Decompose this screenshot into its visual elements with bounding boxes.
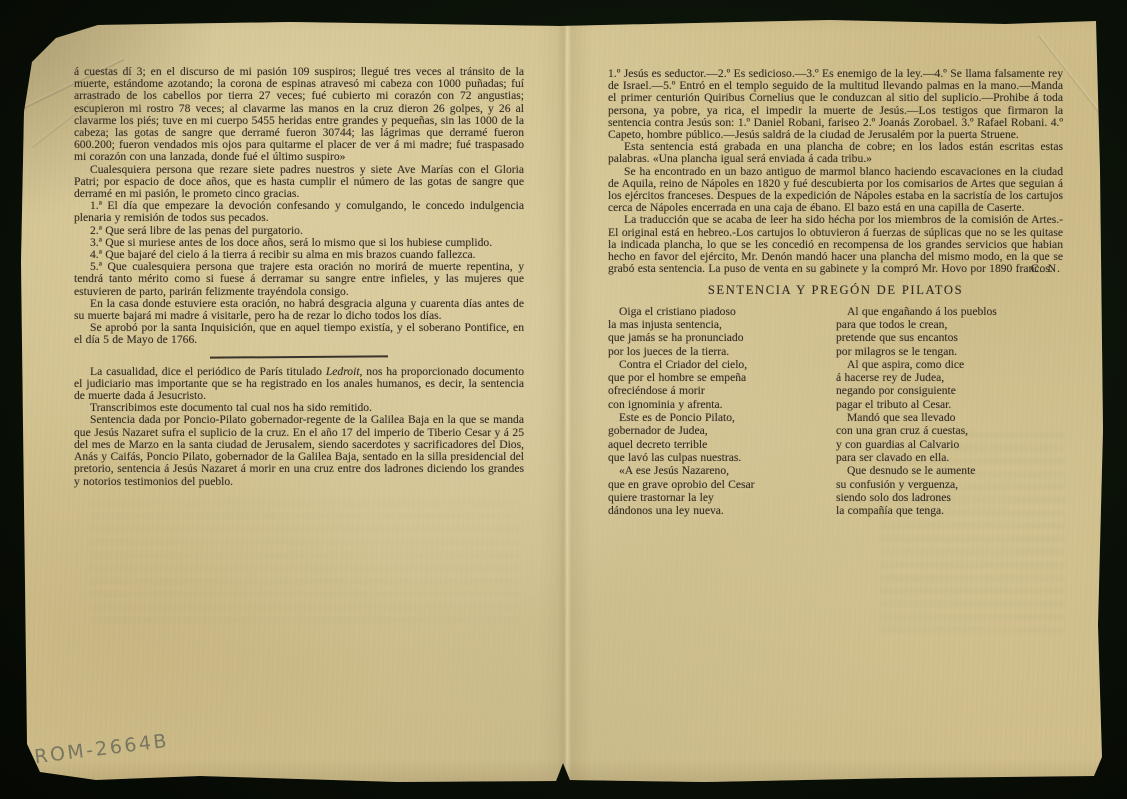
section-heading: SENTENCIA Y PREGÓN DE PILATOS — [608, 284, 1063, 296]
paragraph-inquisition-approval: Se aprobó por la santa Inquisición, que … — [74, 322, 524, 346]
verse-line: pagar el tributo al Cesar. — [836, 398, 1063, 411]
verse-line: para ser clavado en ella. — [836, 451, 1063, 464]
verse-line: la mas injusta sentencia, — [608, 318, 836, 331]
ledroit-pre-text: La casualidad, dice el periódico de Parí… — [90, 365, 326, 378]
left-page: á cuestas dí 3; en el discurso de mi pas… — [74, 66, 524, 488]
verse-line: su confusión y verguenza, — [836, 478, 1063, 491]
verse-line: dándonos una ley nueva. — [608, 504, 836, 517]
signature-initials: C. N. — [1015, 263, 1061, 275]
paragraph-ledroit: La casualidad, dice el periódico de Parí… — [74, 366, 524, 403]
ink-bleedthrough — [90, 500, 520, 630]
verse-line: Este es de Poncio Pilato, — [608, 411, 836, 424]
archive-label: ROM-2664B — [33, 730, 170, 768]
verse-line: Contra el Criador del cielo, — [608, 358, 836, 371]
ledroit-title-italic: Ledroit — [326, 365, 360, 378]
paragraph-prayer-promise: Cualesquiera persona que rezare siete pa… — [74, 164, 524, 201]
verse-line: Al que engañando á los pueblos — [836, 305, 1063, 318]
paragraph-accusations: 1.º Jesús es seductor.—2.º Es sedicioso.… — [608, 68, 1063, 141]
verse-line: con una gran cruz á cuestas, — [836, 424, 1063, 437]
verse-line: ofreciéndose á morir — [608, 384, 836, 397]
verse-column-right: Al que engañando á los pueblos para que … — [836, 305, 1063, 518]
verse-line: á hacerse rey de Judea, — [836, 371, 1063, 384]
verse-line: la compañía que tenga. — [836, 504, 1063, 517]
grace-item-5: 5.ª Que cualesquiera persona que trajere… — [74, 261, 524, 298]
verse-line: Que desnudo se le aumente — [836, 464, 1063, 477]
grace-item-2: 2.ª Que será libre de las penas del purg… — [74, 225, 524, 237]
paragraph-translation: La traducción que se acaba de leer ha si… — [608, 214, 1063, 275]
verse-line: Mandó que sea llevado — [836, 411, 1063, 424]
verse-line: gobernador de Judea, — [608, 424, 836, 437]
verse-line: Oiga el cristiano piadoso — [608, 305, 836, 318]
verse-block: Oiga el cristiano piadoso la mas injusta… — [608, 305, 1063, 518]
verse-line: que jamás se ha pronunciado — [608, 331, 836, 344]
verse-line: y con guardias al Calvario — [836, 438, 1063, 451]
right-page: 1.º Jesús es seductor.—2.º Es sedicioso.… — [608, 68, 1063, 517]
verse-line: por los jueces de la tierra. — [608, 345, 836, 358]
grace-item-1: 1.ª El día que empezare la devoción conf… — [74, 200, 524, 224]
verse-line: que por el hombre se empeña — [608, 371, 836, 384]
translation-text: La traducción que se acaba de leer ha si… — [608, 213, 1063, 275]
verse-line: aquel decreto terrible — [608, 438, 836, 451]
verse-line: «A ese Jesús Nazareno, — [608, 464, 836, 477]
verse-line: que en grave oprobio del Cesar — [608, 478, 836, 491]
verse-column-left: Oiga el cristiano piadoso la mas injusta… — [608, 305, 836, 518]
verse-line: para que todos le crean, — [836, 318, 1063, 331]
verse-line: negando por consiguiente — [836, 384, 1063, 397]
paragraph-passion-counts: á cuestas dí 3; en el discurso de mi pas… — [74, 66, 524, 164]
paragraph-discovery: Se ha encontrado en un bazo antiguo de m… — [608, 166, 1063, 215]
verse-line: siendo solo dos ladrones — [836, 491, 1063, 504]
verse-line: quiere trastornar la ley — [608, 491, 836, 504]
paragraph-copper-plate: Esta sentencia está grabada en una planc… — [608, 141, 1063, 165]
verse-line: por milagros se le tengan. — [836, 345, 1063, 358]
section-divider — [210, 355, 388, 358]
paper-sheet: á cuestas dí 3; en el discurso de mi pas… — [0, 0, 1127, 799]
paragraph-pilate-sentence: Sentencia dada por Poncio-Pilato goberna… — [74, 414, 524, 487]
verse-line: que lavó las culpas nuestras. — [608, 451, 836, 464]
paragraph-house-blessing: En la casa donde estuviere esta oración,… — [74, 298, 524, 322]
center-fold-crease — [538, 0, 592, 799]
verse-line: Al que aspira, como dice — [836, 358, 1063, 371]
verse-line: pretende que sus encantos — [836, 331, 1063, 344]
verse-line: con ignominia y afrenta. — [608, 398, 836, 411]
